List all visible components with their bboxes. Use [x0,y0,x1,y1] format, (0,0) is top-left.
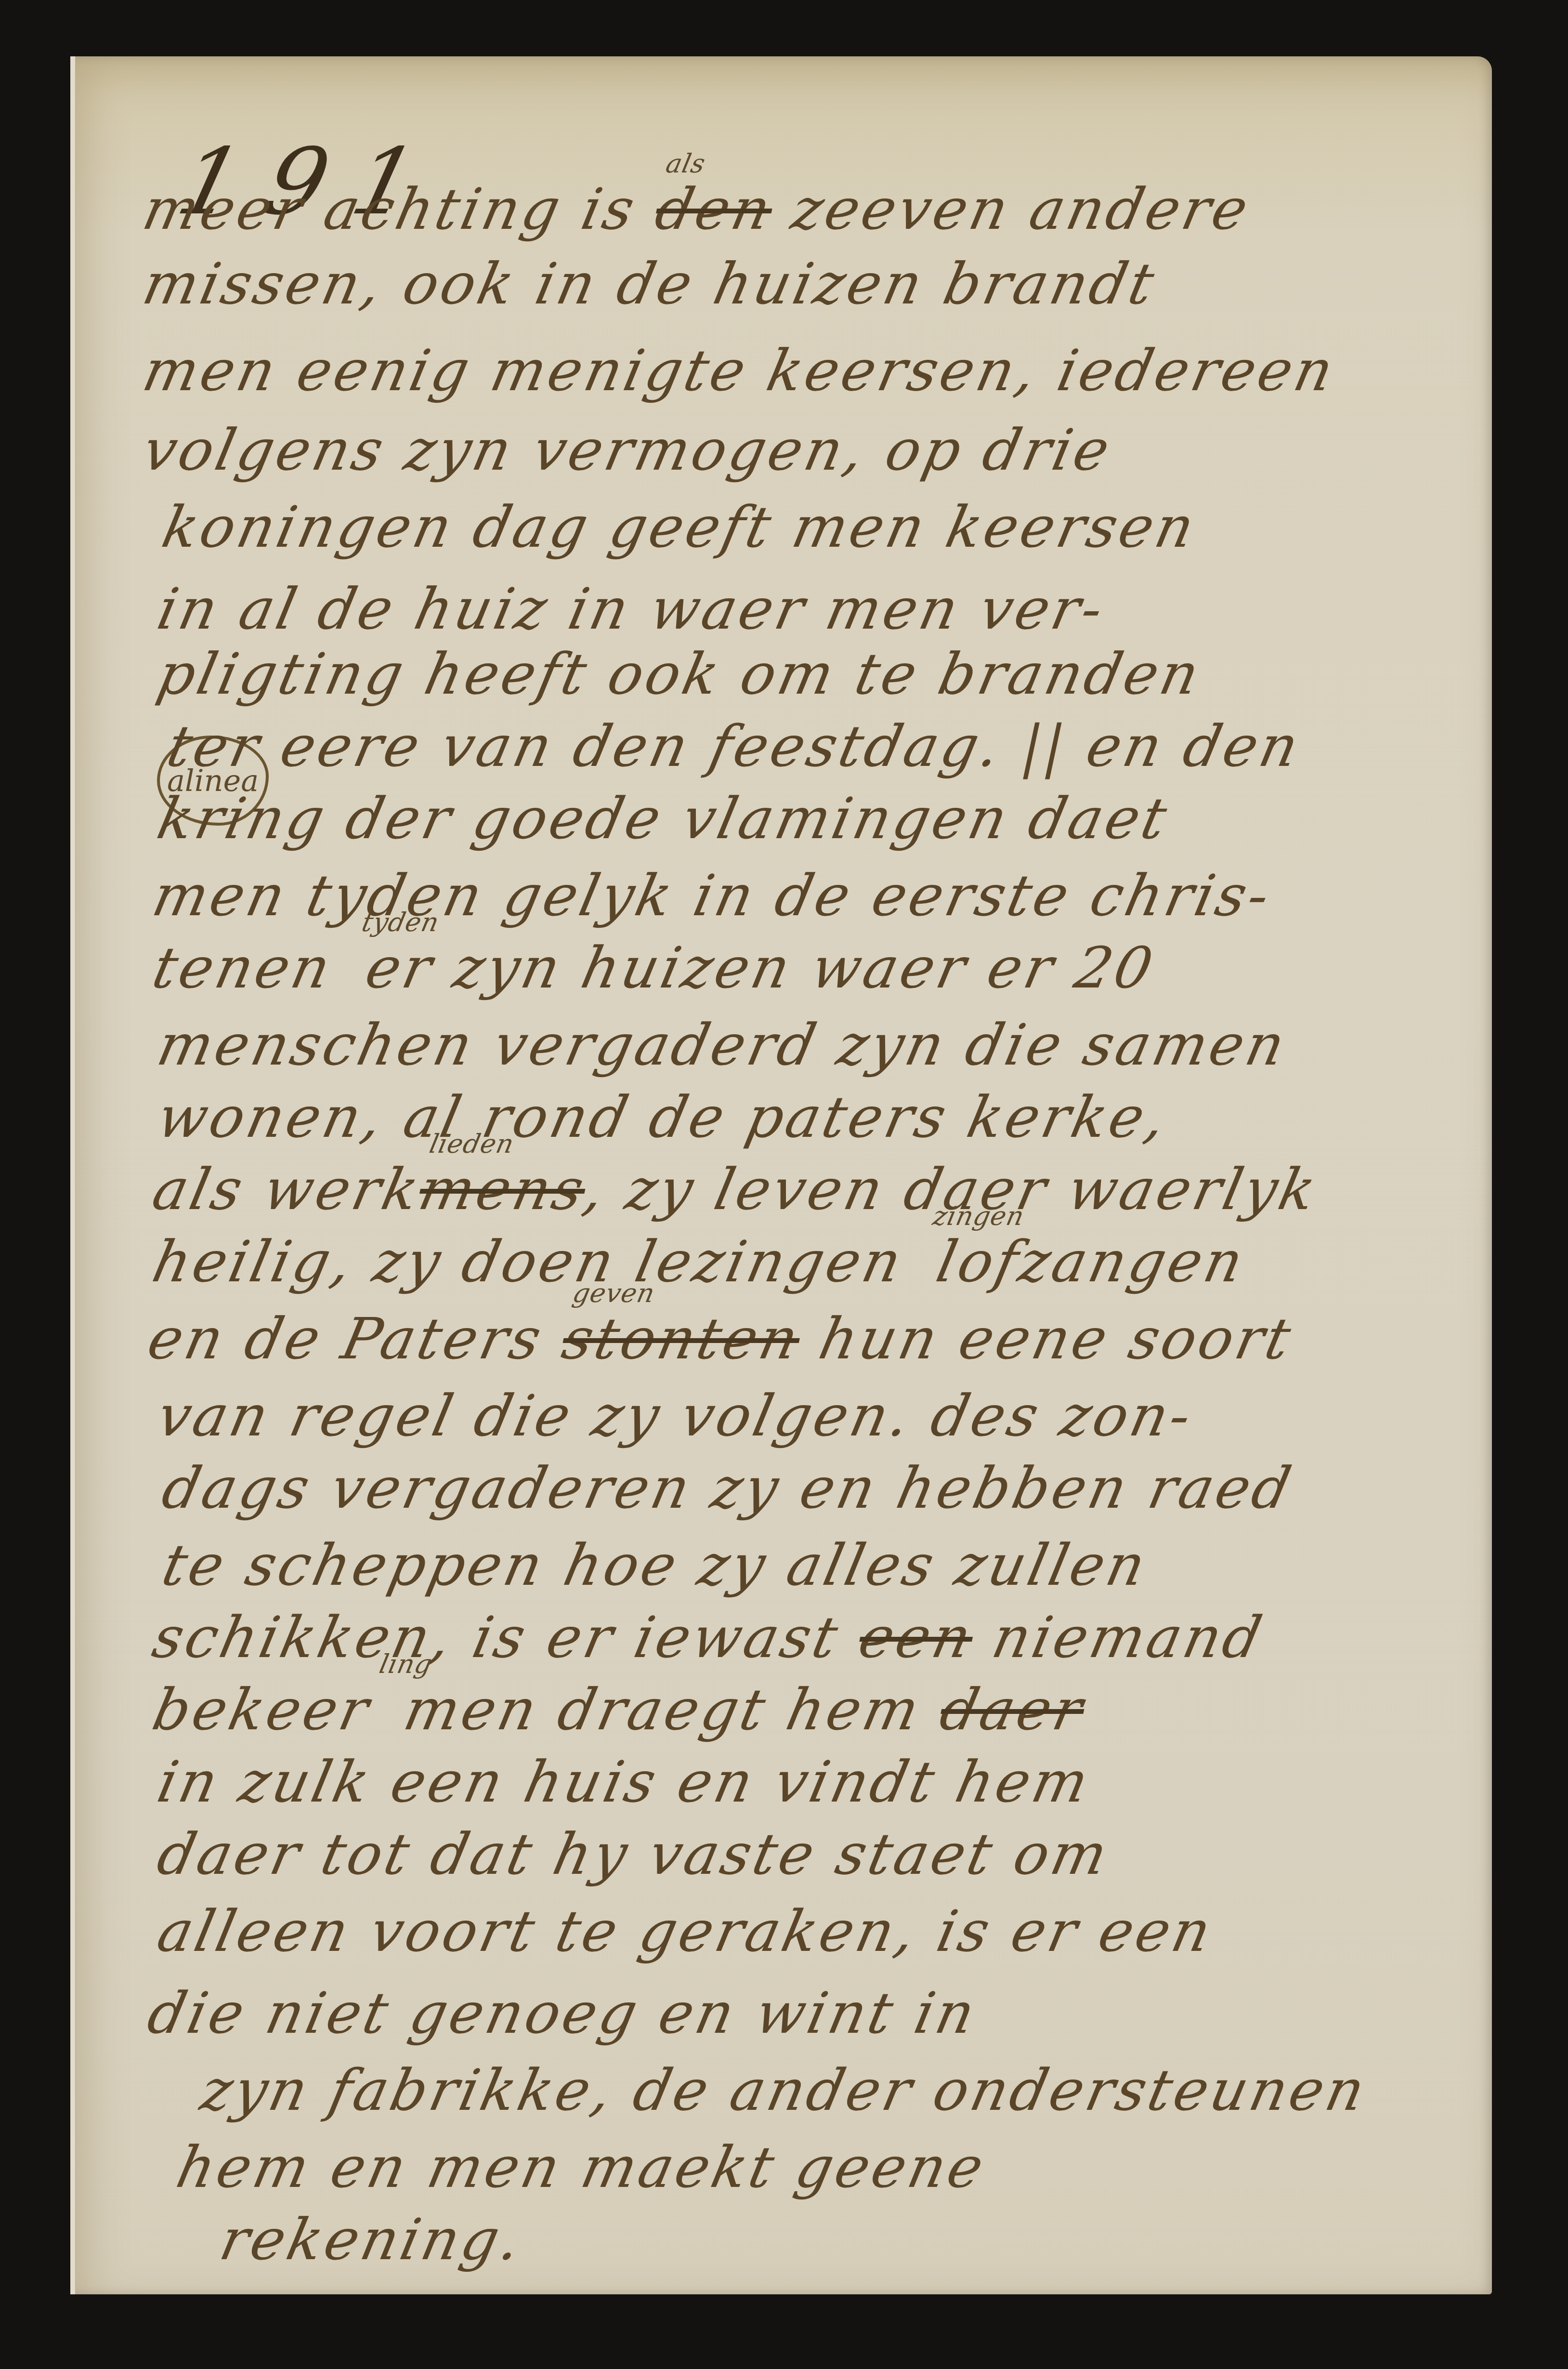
text-line: men eenig menigte keersen, iedereen [138,342,1341,399]
line-text: die niet genoeg en wint in [142,1980,983,2046]
line-text: en de Paters [142,1305,571,1372]
line-text: wonen, al rond de paters kerke, [152,1084,1174,1150]
line-text: zeeven andere [765,176,1257,242]
text-line: alleen voort te geraken, is er een [153,1903,1218,1960]
correction: alsden [651,181,778,237]
line-text: volgens zyn vermogen, op drie [137,417,1118,483]
line-text: van regel die zy volgen. des zon- [152,1382,1200,1449]
line-text: niemand [966,1604,1270,1671]
text-line: menschen vergaderd zyn die samen [153,1016,1292,1073]
line-text: hem en men maekt geene [171,2134,992,2200]
text-line: dags vergaderen zy en hebben raed [157,1460,1298,1516]
text-line: volgens zyn vermogen, op drie [138,421,1117,478]
correction: liedenmens [414,1161,591,1218]
line-text: te scheppen hoe zy alles zullen [157,1532,1154,1598]
line-text: pligting heeft ook om te branden [152,641,1207,707]
line-text: rekening. [214,2206,529,2273]
line-text: als werk [147,1156,427,1223]
line-text: daer tot dat hy vaste staet om [152,1821,1116,1887]
inserted-word: ling [377,1651,434,1677]
inserted-word: lieden [427,1131,516,1157]
text-line: kring der goede vlamingen daet [153,790,1174,847]
line-text: heilig, zy doen lezingen [147,1228,931,1295]
struck-word: mens [413,1156,592,1223]
inserted-word: geven [571,1280,657,1306]
text-line: missen, ook in de huizen brandt [138,255,1161,312]
text-line: te scheppen hoe zy alles zullen [157,1537,1153,1593]
text-line: zyn fabrikke, de ander ondersteunen [196,2062,1372,2119]
text-line: als werkliedenmens, zy leven daer waerly… [148,1161,1323,1218]
line-text: men tyden gelyk in de eerste chris- [147,862,1278,929]
correction: gevenstonten [558,1310,806,1367]
text-line: heilig, zy doen lezingen zingen lofzange… [148,1233,1250,1290]
text-line: van regel die zy volgen. des zon- [153,1387,1199,1444]
text-line: rekening. [215,2211,528,2268]
line-text: in al de huiz in waer men ver- [152,576,1111,642]
struck-word: een [853,1604,980,1671]
text-line: koningen dag geeft men keersen [157,499,1202,555]
text-line: ter eere van den feestdag. || en den [162,718,1306,775]
line-text: menschen vergaderd zyn die samen [152,1012,1293,1078]
line-text: er zyn huizen waer er 20 [360,934,1162,1001]
line-text: tenen [147,934,360,1001]
line-text: missen, ook in de huizen brandt [137,250,1163,317]
text-line: hem en men maekt geene [172,2139,991,2196]
inserted-word: tyden [360,909,442,935]
inserted-word: zingen [930,1203,1026,1229]
text-line: meer achting is alsden zeeven andere [138,181,1255,237]
text-line: men tyden gelyk in de eerste chris- [148,867,1277,924]
text-line: wonen, al rond de paters kerke, [153,1089,1173,1145]
line-text: schikken, is er iewast [147,1604,867,1671]
inserted-word: als [664,151,708,177]
line-text: koningen dag geeft men keersen [157,494,1202,560]
struck-word: stonten [557,1305,807,1372]
text-line: tenen tyden er zyn huizen waer er 20 [148,939,1160,996]
text-line: bekeerling men draegt hem daer [148,1681,1090,1738]
line-text: men draegt hem [378,1676,949,1743]
line-text: bekeer [147,1676,377,1743]
line-text: lofzangen [931,1228,1252,1295]
line-text: dags vergaderen zy en hebben raed [157,1455,1299,1521]
struck-word: daer [934,1676,1091,1743]
line-text: zyn fabrikke, de ander ondersteunen [195,2057,1373,2123]
text-line: schikken, is er iewast een niemand [148,1609,1269,1666]
line-text: kring der goede vlamingen daet [152,785,1175,852]
correction: een [854,1609,979,1666]
text-line: die niet genoeg en wint in [143,1985,982,2041]
line-text: ter eere van den feestdag. || en den [161,713,1307,779]
text-line: pligting heeft ook om te branden [153,645,1206,702]
text-line: in al de huiz in waer men ver- [153,580,1111,637]
line-text: hun eene soort [793,1305,1299,1372]
line-text: in zulk een huis en vindt hem [152,1749,1097,1815]
line-text: alleen voort te geraken, is er een [152,1898,1219,1964]
struck-word: den [650,176,779,242]
line-text: meer achting is [137,176,664,242]
text-line: in zulk een huis en vindt hem [153,1753,1096,1810]
line-text: men eenig menigte keersen, iedereen [137,337,1342,404]
text-line: en de Paters gevenstonten hun eene soort [143,1310,1298,1367]
text-line: daer tot dat hy vaste staet om [153,1826,1114,1882]
